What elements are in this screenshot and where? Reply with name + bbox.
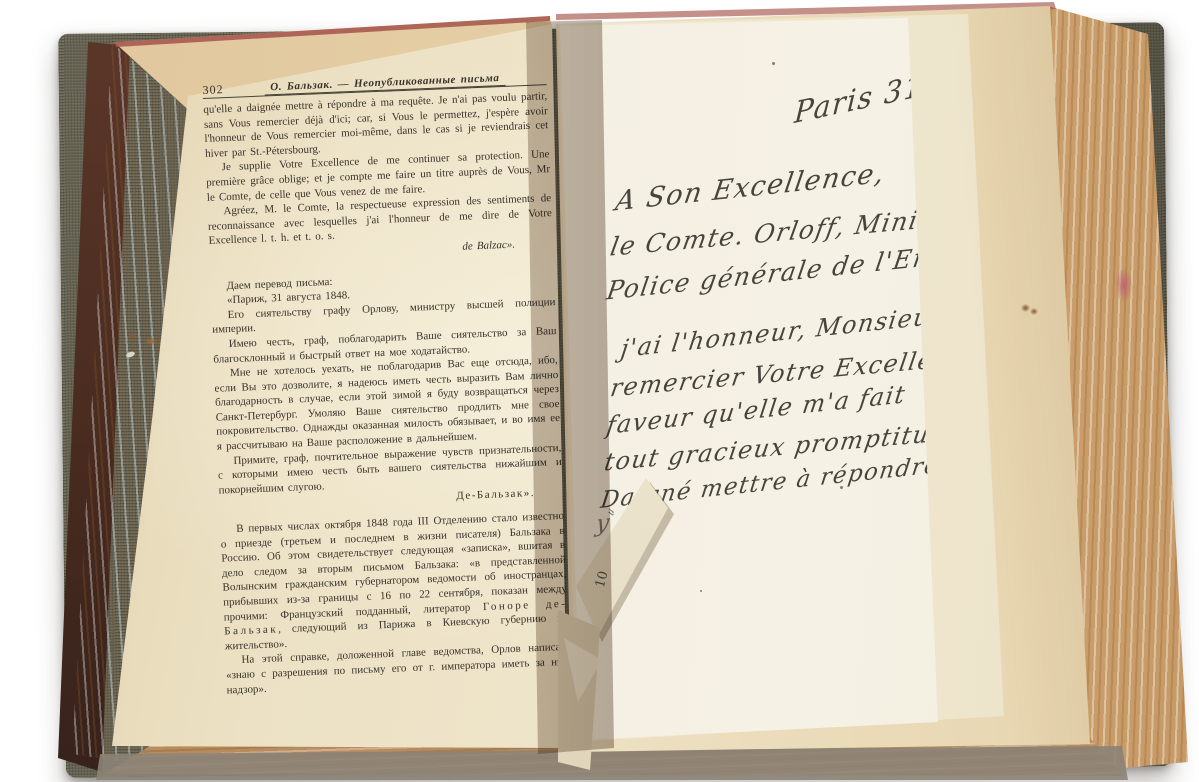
stain-brown-right-edge: [1021, 304, 1030, 312]
speck-3: [700, 590, 702, 592]
left-page-text-column: 302 О. Бальзак. — Неопубликованные письм…: [202, 62, 571, 697]
speck-1: [772, 62, 775, 65]
stain-brown-left: [128, 333, 137, 340]
commentary-paragraph-1: В первых числах октября 1848 года III От…: [220, 509, 569, 654]
speck-2: [840, 486, 843, 489]
stain-brown-left-2: [145, 337, 157, 346]
translation-paragraph-2: Мне не хотелось уехать, не поблагодарив …: [214, 353, 561, 454]
stain-pink-right-edge: [1116, 268, 1132, 302]
stain-brown-right-edge-2: [1030, 308, 1038, 315]
page-number: 302: [202, 83, 224, 98]
book-photo: 302 О. Бальзак. — Неопубликованные письм…: [0, 0, 1199, 782]
